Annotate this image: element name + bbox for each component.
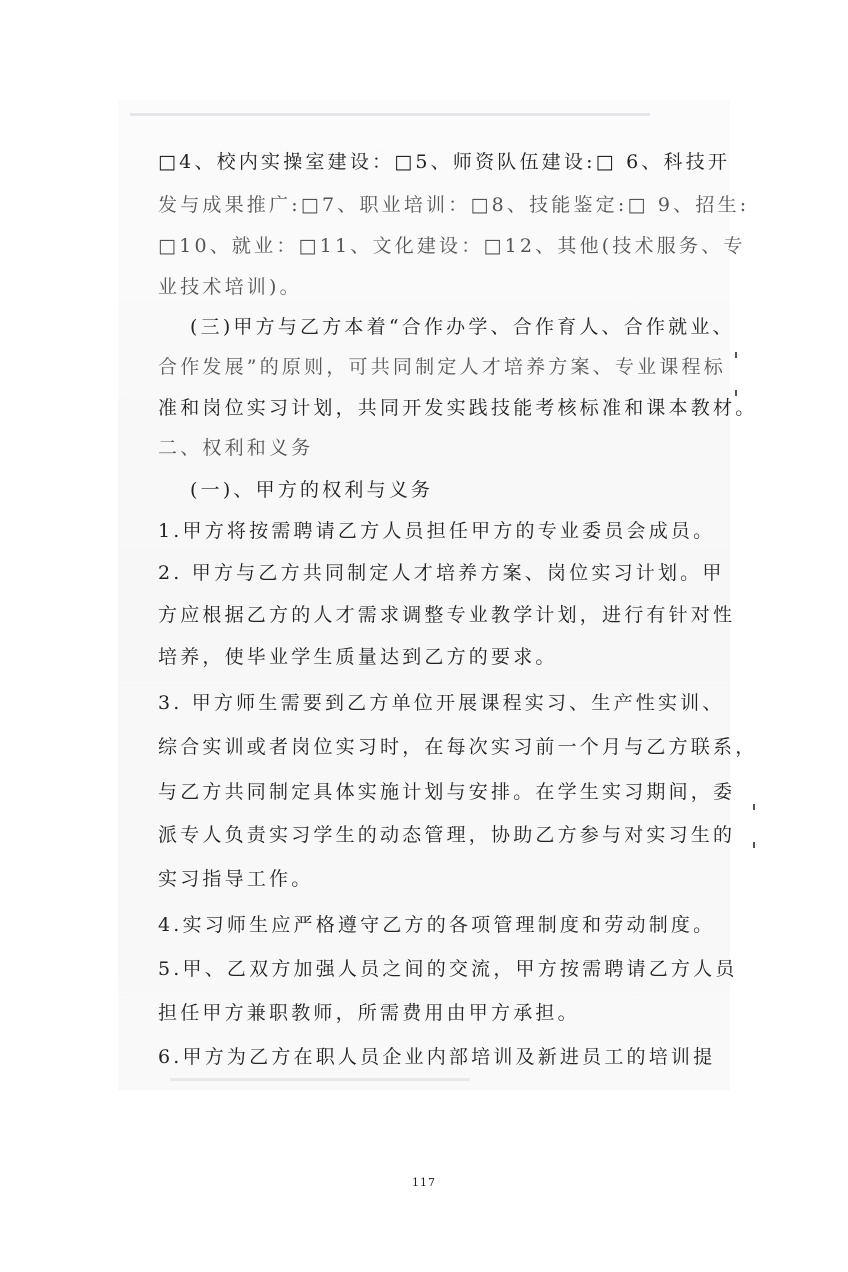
scan-artifact-top (130, 113, 650, 116)
text-line: 6.甲方为乙方在职人员企业内部培训及新进员工的培训提 (158, 1045, 715, 1069)
text-line: 5.甲、乙双方加强人员之间的交流，甲方按需聘请乙方人员 (158, 957, 738, 981)
text-line: 方应根据乙方的人才需求调整专业教学计划，进行有针对性 (158, 603, 735, 627)
text-line: 与乙方共同制定具体实施计划与安排。在学生实习期间，委 (158, 780, 735, 804)
scan-mark (735, 352, 737, 358)
text-line: 培养，使毕业学生质量达到乙方的要求。 (158, 645, 558, 669)
text-line: 合作发展”的原则，可共同制定人才培养方案、专业课程标 (158, 355, 726, 379)
text-line: 3. 甲方师生需要到乙方单位开展课程实习、生产性实训、 (158, 691, 725, 715)
text-line: 综合实训或者岗位实习时，在每次实习前一个月与乙方联系， (158, 735, 757, 759)
scan-mark (753, 842, 755, 848)
page-number: 117 (0, 1176, 848, 1189)
text-line: □10、就业：□11、文化建设：□12、其他(技术服务、专 (158, 234, 746, 258)
section-heading-rights-obligations: 二、权利和义务 (158, 436, 313, 460)
text-line: 4.实习师生应严格遵守乙方的各项管理制度和劳动制度。 (158, 913, 715, 937)
text-line: 2. 甲方与乙方共同制定人才培养方案、岗位实习计划。甲 (158, 561, 725, 585)
subsection-heading-party-a: (一)、甲方的权利与义务 (190, 478, 433, 502)
scan-artifact-bottom (170, 1078, 470, 1081)
text-line: □4、校内实操室建设：□5、师资队伍建设:□ 6、科技开 (158, 150, 730, 174)
text-line: 实习指导工作。 (158, 867, 313, 891)
text-line: 担任甲方兼职教师，所需费用由甲方承担。 (158, 1001, 580, 1025)
section-paragraph-3: (三)甲方与乙方本着“合作办学、合作育人、合作就业、 (190, 315, 735, 339)
text-line: 派专人负责实习学生的动态管理，协助乙方参与对实习生的 (158, 823, 735, 847)
scan-mark (753, 804, 755, 810)
text-line: 发与成果推广:□7、职业培训：□8、技能鉴定:□ 9、招生: (158, 193, 749, 217)
text-line: 业技术培训)。 (158, 275, 302, 299)
text-line: 准和岗位实习计划，共同开发实践技能考核标准和课本教材。 (158, 396, 757, 420)
text-line: 1.甲方将按需聘请乙方人员担任甲方的专业委员会成员。 (158, 519, 715, 543)
